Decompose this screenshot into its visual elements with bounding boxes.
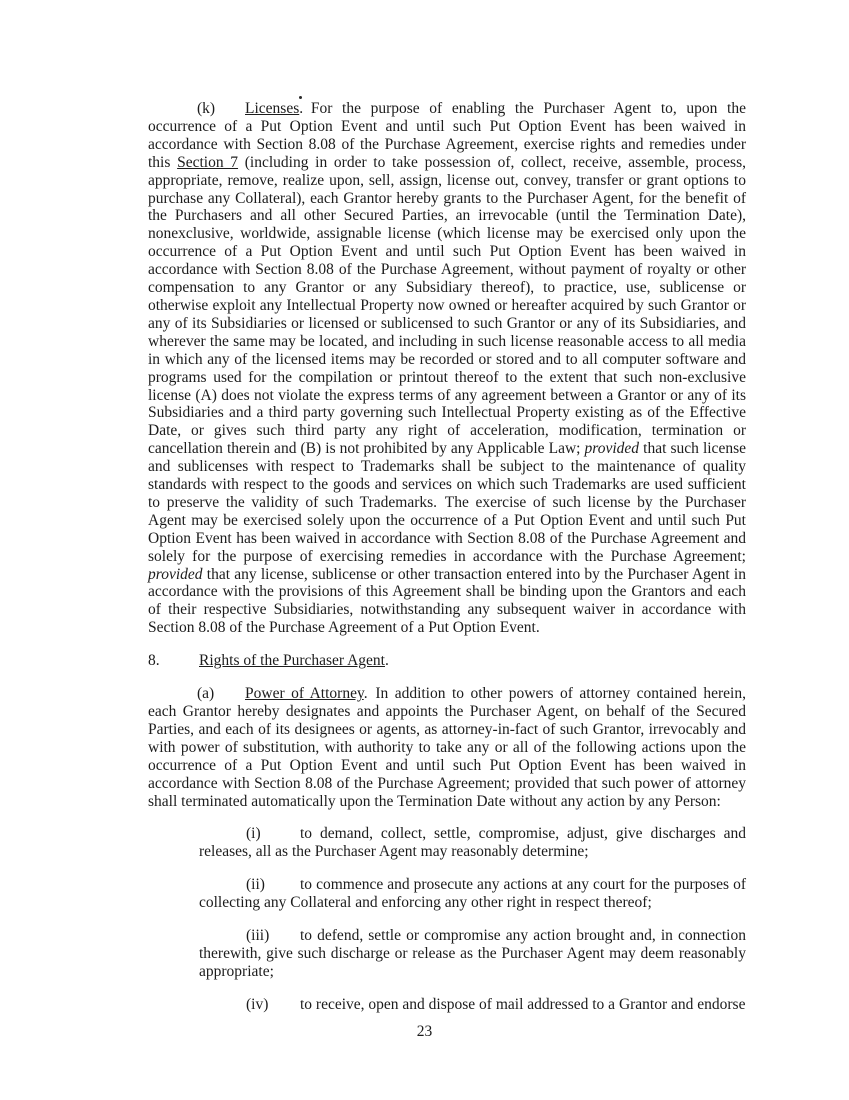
page-number: 23 <box>0 1023 849 1041</box>
list-item-i: (i)to demand, collect, settle, compromis… <box>199 825 746 861</box>
list-item-iv: (iv)to receive, open and dispose of mail… <box>199 996 746 1014</box>
list-item-iv-label: (iv) <box>246 996 300 1014</box>
paragraph-k-label: (k) <box>197 100 245 118</box>
paragraph-a-label: (a) <box>197 685 245 703</box>
list-item-ii-label: (ii) <box>246 876 300 894</box>
section-8-heading: 8.Rights of the Purchaser Agent. <box>148 652 746 670</box>
paragraph-a-text: Power of Attorney. In addition to other … <box>148 685 746 809</box>
list-item-iii: (iii)to defend, settle or compromise any… <box>199 927 746 981</box>
list-item-i-label: (i) <box>246 825 300 843</box>
paragraph-k: (k)Licenses. For the purpose of enabling… <box>148 100 746 637</box>
list-item-iii-label: (iii) <box>246 927 300 945</box>
paragraph-a: (a)Power of Attorney. In addition to oth… <box>148 685 746 810</box>
paragraph-k-text: Licenses. For the purpose of enabling th… <box>148 100 746 636</box>
list-item-ii: (ii)to commence and prosecute any action… <box>199 876 746 912</box>
list-item-iv-text: to receive, open and dispose of mail add… <box>300 996 745 1013</box>
scan-artifact-dot <box>299 96 302 99</box>
document-page: (k)Licenses. For the purpose of enabling… <box>0 0 849 1100</box>
document-body: (k)Licenses. For the purpose of enabling… <box>148 100 746 1029</box>
section-8-title: Rights of the Purchaser Agent. <box>199 652 389 669</box>
section-8-number: 8. <box>148 652 199 670</box>
